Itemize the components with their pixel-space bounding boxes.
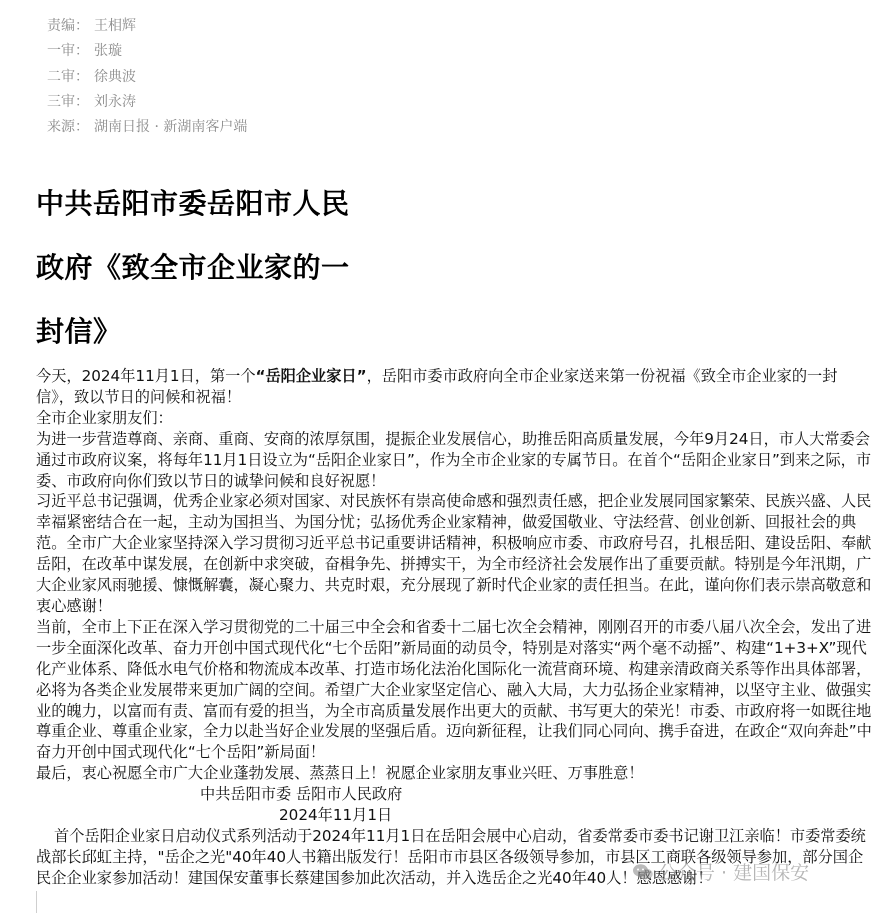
credit-row-source: 来源：湖南日报 · 新湖南客户端 [47, 115, 247, 140]
credit-label: 来源： [47, 115, 94, 140]
credit-row-review2: 二审：徐典波 [47, 65, 247, 90]
letter-paragraph-3: 当前，全市上下正在深入学习贯彻党的二十届三中全会和省委十二届七次全会精神，刚刚召… [36, 617, 874, 763]
title-line-1: 中共岳阳市委岳阳市人民 [36, 172, 416, 236]
letter-paragraph-1: 为进一步营造尊商、亲商、重商、安商的浓厚氛围，提振企业发展信心，助推岳阳高质量发… [36, 429, 874, 492]
credit-row-review1: 一审：张璇 [47, 39, 247, 64]
credit-value: 王相辉 [94, 18, 136, 34]
credit-label: 一审： [47, 39, 94, 64]
credit-label: 三审： [47, 90, 94, 115]
letter-paragraph-2: 习近平总书记强调，优秀企业家必须对国家、对民族怀有崇高使命感和强烈责任感，把企业… [36, 491, 874, 616]
highlight-day-name: “岳阳企业家日” [256, 367, 367, 385]
credit-value: 刘永涛 [94, 94, 136, 110]
letter-signature: 中共岳阳市委 岳阳市人民政府 [36, 784, 874, 805]
letter-closing: 最后，衷心祝愿全市广大企业蓬勃发展、蒸蒸日上！祝愿企业家朋友事业兴旺、万事胜意！ [36, 763, 874, 784]
title-line-3: 封信》 [36, 300, 416, 364]
quote-border [36, 891, 37, 913]
intro-paragraph: 今天，2024年11月1日，第一个“岳阳企业家日”，岳阳市委市政府向全市企业家送… [36, 366, 874, 408]
event-note: 首个岳阳企业家日启动仪式系列活动于2024年11月1日在岳阳会展中心启动，省委常… [36, 826, 874, 889]
credit-row-editor: 责编：王相辉 [47, 14, 247, 39]
credit-value: 徐典波 [94, 69, 136, 85]
credit-label: 责编： [47, 14, 94, 39]
credit-row-review3: 三审：刘永涛 [47, 90, 247, 115]
credit-value: 张璇 [94, 43, 122, 59]
letter-date: 2024年11月1日 [36, 805, 874, 826]
editor-credits: 责编：王相辉 一审：张璇 二审：徐典波 三审：刘永涛 来源：湖南日报 · 新湖南… [47, 14, 247, 140]
article-body: 今天，2024年11月1日，第一个“岳阳企业家日”，岳阳市委市政府向全市企业家送… [36, 366, 874, 889]
credit-label: 二审： [47, 65, 94, 90]
intro-text: 今天，2024年11月1日，第一个 [36, 367, 256, 385]
article-title: 中共岳阳市委岳阳市人民 政府《致全市企业家的一 封信》 [36, 172, 416, 364]
title-line-2: 政府《致全市企业家的一 [36, 236, 416, 300]
credit-value: 湖南日报 · 新湖南客户端 [94, 119, 247, 135]
salutation: 全市企业家朋友们： [36, 408, 874, 429]
